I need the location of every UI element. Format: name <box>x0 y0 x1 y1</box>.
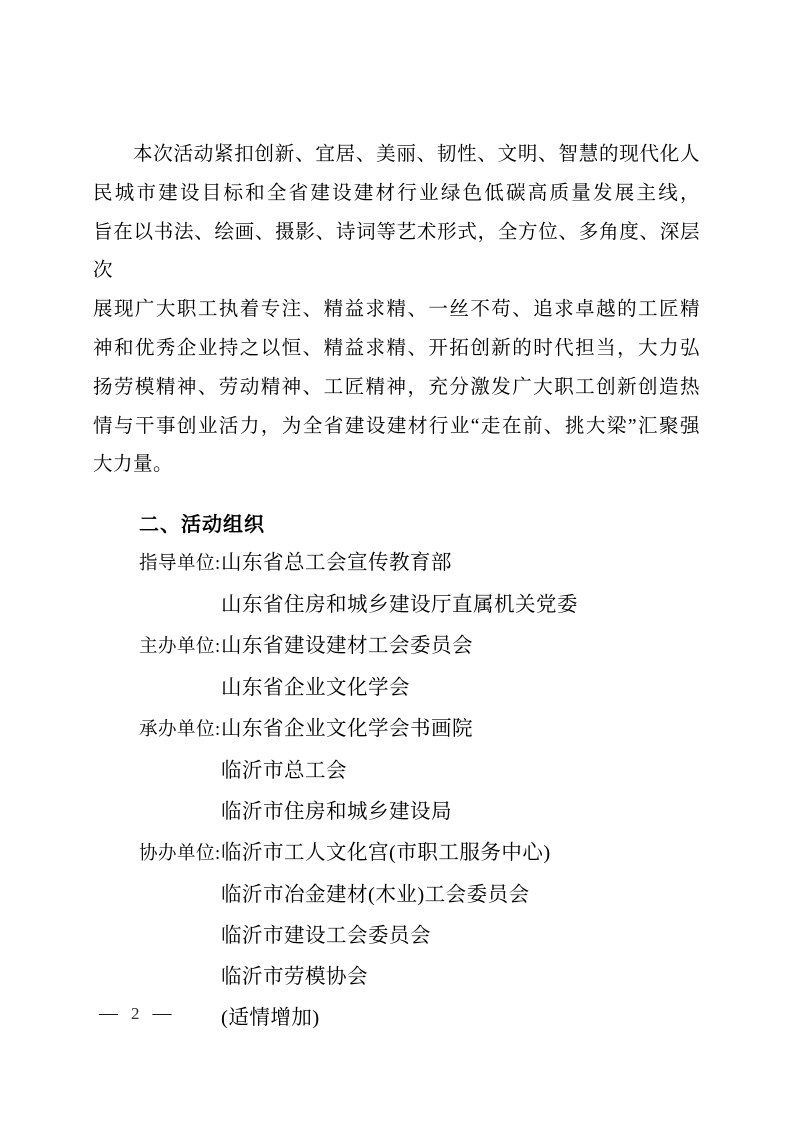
org-row: 临沂市总工会 <box>139 751 700 792</box>
page-number-right-dash: — <box>153 1002 172 1026</box>
org-unit: 临沂市建设工会委员会 <box>221 916 431 957</box>
org-unit: 山东省企业文化学会 <box>221 668 410 709</box>
page-number-left-dash: — <box>99 1002 118 1026</box>
org-unit: 临沂市冶金建材(木业)工会委员会 <box>221 875 530 916</box>
paragraph-line: 扬劳模精神、劳动精神、工匠精神，充分激发广大职工创新创造热 <box>93 369 700 408</box>
org-row: 山东省企业文化学会 <box>139 668 700 709</box>
paragraph-line: 民城市建设目标和全省建设建材行业绿色低碳高质量发展主线， <box>93 175 700 214</box>
org-unit: 山东省总工会宣传教育部 <box>221 543 452 584</box>
org-label: 主办单位: <box>139 627 221 668</box>
org-label: 协办单位: <box>139 834 221 875</box>
org-group-organizer: 承办单位: 山东省企业文化学会书画院 临沂市总工会 临沂市住房和城乡建设局 <box>139 709 700 833</box>
org-unit: 临沂市工人文化宫(市职工服务中心) <box>221 833 551 874</box>
org-row: 主办单位: 山东省建设建材工会委员会 <box>139 626 700 668</box>
org-row: 协办单位: 临沂市工人文化宫(市职工服务中心) <box>139 833 700 875</box>
org-label: 指导单位: <box>139 544 221 585</box>
organization-list: 指导单位: 山东省总工会宣传教育部 山东省住房和城乡建设厅直属机关党委 主办单位… <box>93 543 700 1039</box>
page-number-value: 2 <box>131 1002 140 1026</box>
org-row: 承办单位: 山东省企业文化学会书画院 <box>139 709 700 751</box>
org-group-host: 主办单位: 山东省建设建材工会委员会 山东省企业文化学会 <box>139 626 700 709</box>
org-group-guidance: 指导单位: 山东省总工会宣传教育部 山东省住房和城乡建设厅直属机关党委 <box>139 543 700 626</box>
document-body: 本次活动紧扣创新、宜居、美丽、韧性、文明、智慧的现代化人 民城市建设目标和全省建… <box>93 0 700 1039</box>
paragraph-line: 本次活动紧扣创新、宜居、美丽、韧性、文明、智慧的现代化人 <box>93 136 700 175</box>
paragraph-line: 大力量。 <box>93 446 700 485</box>
org-row: 指导单位: 山东省总工会宣传教育部 <box>139 543 700 585</box>
org-row: 临沂市冶金建材(木业)工会委员会 <box>139 875 700 916</box>
org-unit: 临沂市住房和城乡建设局 <box>221 792 452 833</box>
page-number: — 2 — <box>99 1002 172 1026</box>
org-unit: 临沂市总工会 <box>221 751 347 792</box>
org-unit: 山东省住房和城乡建设厅直属机关党委 <box>221 585 578 626</box>
org-row: 临沂市住房和城乡建设局 <box>139 792 700 833</box>
section-heading: 二、活动组织 <box>93 505 700 543</box>
org-unit: 临沂市劳模协会 <box>221 957 368 998</box>
paragraph-line: 神和优秀企业持之以恒、精益求精、开拓创新的时代担当，大力弘 <box>93 330 700 369</box>
org-row: (适情增加) <box>139 998 700 1039</box>
document-page: 本次活动紧扣创新、宜居、美丽、韧性、文明、智慧的现代化人 民城市建设目标和全省建… <box>0 0 794 1123</box>
org-unit: (适情增加) <box>221 998 320 1039</box>
org-row: 临沂市劳模协会 <box>139 957 700 998</box>
paragraph-line: 情与干事创业活力，为全省建设建材行业“走在前、挑大梁”汇聚强 <box>93 408 700 447</box>
org-row: 山东省住房和城乡建设厅直属机关党委 <box>139 585 700 626</box>
org-group-co-organizer: 协办单位: 临沂市工人文化宫(市职工服务中心) 临沂市冶金建材(木业)工会委员会… <box>139 833 700 1039</box>
org-label: 承办单位: <box>139 710 221 751</box>
paragraph-line: 展现广大职工执着专注、精益求精、一丝不苟、追求卓越的工匠精 <box>93 291 700 330</box>
paragraph-line: 旨在以书法、绘画、摄影、诗词等艺术形式，全方位、多角度、深层次 <box>93 214 700 292</box>
org-unit: 山东省企业文化学会书画院 <box>221 709 473 750</box>
org-unit: 山东省建设建材工会委员会 <box>221 626 473 667</box>
org-row: 临沂市建设工会委员会 <box>139 916 700 957</box>
intro-paragraph: 本次活动紧扣创新、宜居、美丽、韧性、文明、智慧的现代化人 民城市建设目标和全省建… <box>93 136 700 485</box>
